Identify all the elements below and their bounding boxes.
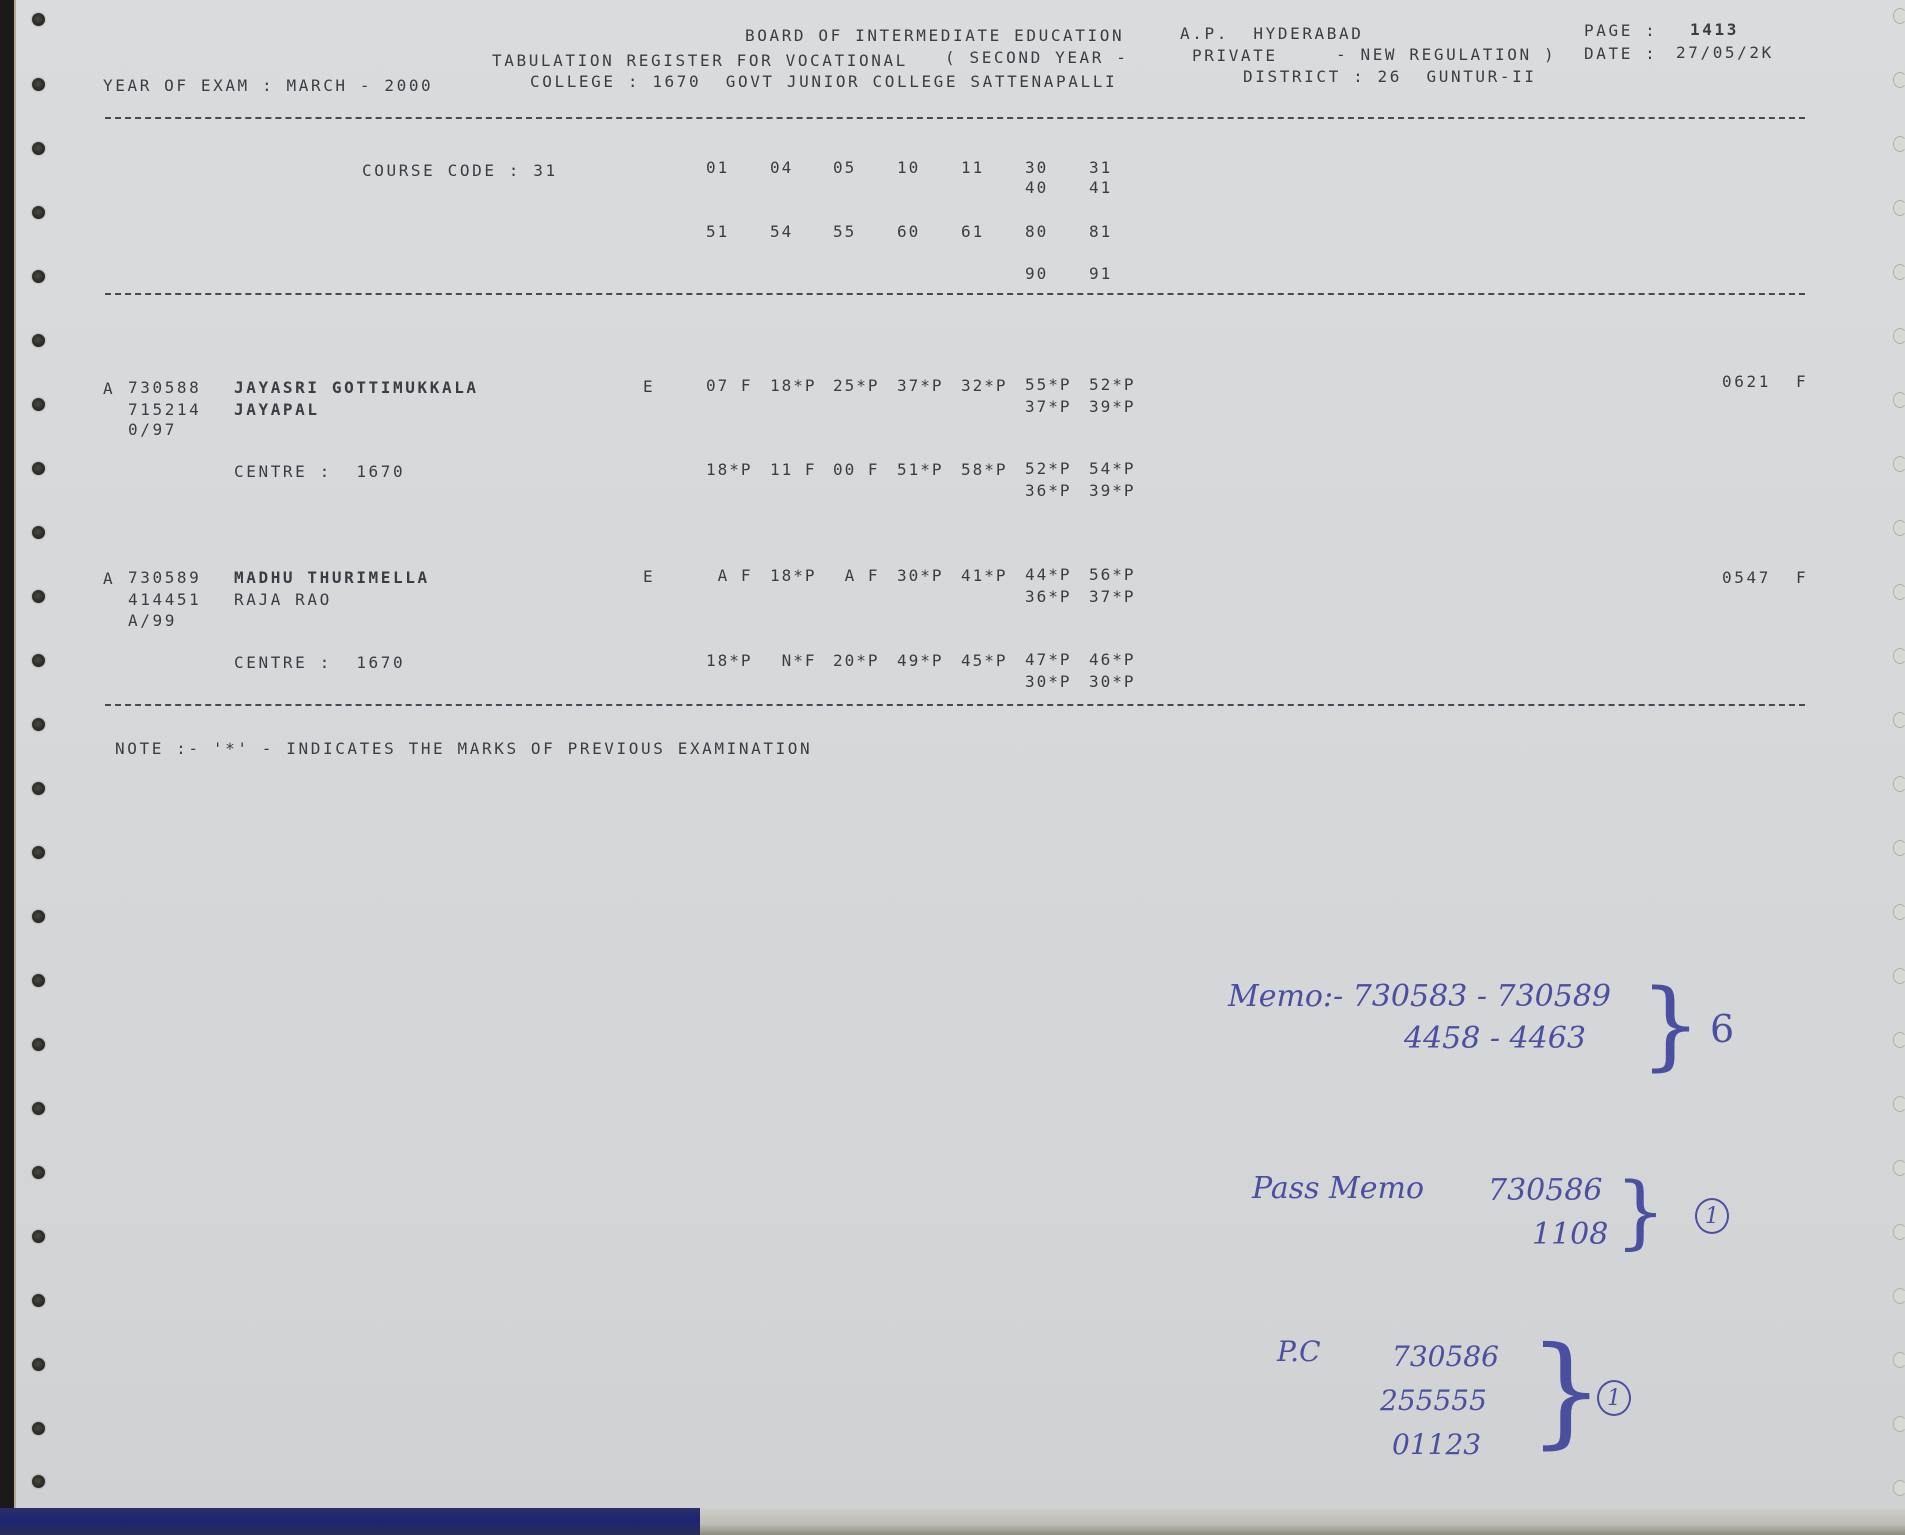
candidate-type: PRIVATE (1192, 47, 1278, 65)
subject-code: 41 (1089, 178, 1112, 197)
subject-mark: 47*P (1025, 650, 1072, 669)
subject-code: 90 (1025, 264, 1048, 283)
subject-mark: 30*P (1089, 672, 1136, 691)
feed-hole (32, 398, 45, 411)
subject-code: 04 (770, 158, 793, 177)
feed-hole (32, 334, 45, 347)
result-status: F (1796, 569, 1808, 587)
result-status: F (1796, 373, 1808, 391)
subject-mark: 00 F (833, 460, 880, 479)
separator-line (105, 117, 1805, 119)
subject-code: 81 (1089, 222, 1112, 241)
state-city: A.P. HYDERABAD (1180, 25, 1364, 43)
subject-mark: 36*P (1025, 587, 1072, 606)
feed-hole (1893, 968, 1905, 984)
feed-hole (1893, 1416, 1905, 1432)
centre-code: CENTRE : 1670 (234, 463, 405, 481)
subject-code: 31 (1089, 158, 1112, 177)
subject-mark: 30*P (1025, 672, 1072, 691)
feed-hole (32, 1038, 45, 1051)
feed-hole (32, 1358, 45, 1371)
subject-code: 55 (833, 222, 856, 241)
total-marks: 0547 (1722, 569, 1771, 587)
feed-hole (32, 846, 45, 859)
feed-hole (1893, 712, 1905, 728)
subject-mark: A F (833, 566, 880, 585)
subject-mark: 39*P (1089, 481, 1136, 500)
subject-mark: 18*P (770, 566, 817, 585)
subject-mark: 52*P (1025, 459, 1072, 478)
feed-hole (32, 13, 45, 26)
feed-hole (32, 782, 45, 795)
subject-mark: 07 F (706, 376, 753, 395)
memo-range: Memo:- 730583 - 730589 (1228, 980, 1611, 1014)
separator-line (105, 704, 1805, 706)
feed-hole (1893, 1032, 1905, 1048)
subject-mark: 18*P (706, 460, 753, 479)
feed-hole (1893, 840, 1905, 856)
pc-line-2: 255555 (1380, 1384, 1487, 1418)
feed-hole (1893, 584, 1905, 600)
feed-hole (1893, 776, 1905, 792)
feed-hole (32, 1102, 45, 1115)
pass-memo-label: Pass Memo (1252, 1172, 1424, 1206)
second-id: 414451 (128, 591, 201, 609)
separator-line (105, 293, 1805, 295)
hall-ticket-number: 730588 (128, 379, 201, 397)
subject-code: 11 (961, 158, 984, 177)
student-name: JAYASRI GOTTIMUKKALA (234, 379, 479, 397)
brace-icon: } (1528, 1330, 1604, 1454)
feed-hole (32, 462, 45, 475)
pc-label: P.C (1277, 1335, 1321, 1369)
subject-mark: 18*P (706, 651, 753, 670)
feed-hole (1893, 136, 1905, 152)
subject-code: 54 (770, 222, 793, 241)
regulation: - NEW REGULATION ) (1336, 46, 1556, 64)
feed-hole (1893, 904, 1905, 920)
underlying-sheet-edge (700, 1508, 1905, 1535)
subject-mark: 30*P (897, 566, 944, 585)
feed-hole (1893, 1352, 1905, 1368)
father-name: RAJA RAO (234, 591, 332, 609)
pass-memo-number: 730586 (1488, 1174, 1603, 1208)
subject-code: 91 (1089, 264, 1112, 283)
previous-reference: 0/97 (128, 421, 177, 439)
total-marks: 0621 (1722, 373, 1771, 391)
circled-count-icon: 1 (1695, 1198, 1729, 1234)
feed-hole (1893, 1288, 1905, 1304)
page-number: 1413 (1690, 21, 1739, 39)
subject-mark: 45*P (961, 651, 1008, 670)
year-of-exam: YEAR OF EXAM : MARCH - 2000 (103, 77, 433, 95)
feed-hole (1893, 520, 1905, 536)
feed-hole (1893, 72, 1905, 88)
subject-code: 80 (1025, 222, 1048, 241)
feed-hole (1893, 264, 1905, 280)
feed-hole (1893, 8, 1905, 24)
previous-reference: A/99 (128, 612, 177, 630)
subject-code: 51 (706, 222, 729, 241)
desk-surface (0, 1508, 1905, 1535)
feed-hole (32, 526, 45, 539)
subject-code: 01 (706, 158, 729, 177)
feed-hole (32, 78, 45, 91)
feed-hole (32, 1230, 45, 1243)
subject-mark: N*F (770, 651, 817, 670)
subject-mark: A F (706, 566, 753, 585)
page-label: PAGE : (1584, 22, 1657, 40)
district-info: DISTRICT : 26 GUNTUR-II (1243, 68, 1537, 86)
college-info: COLLEGE : 1670 GOVT JUNIOR COLLEGE SATTE… (530, 73, 1117, 91)
subject-mark: 58*P (961, 460, 1008, 479)
memo-serial-range: 4458 - 4463 (1404, 1022, 1586, 1056)
feed-hole (32, 142, 45, 155)
subject-mark: 25*P (833, 376, 880, 395)
feed-hole (32, 718, 45, 731)
medium: E (643, 568, 655, 586)
feed-hole (32, 910, 45, 923)
subject-code: 60 (897, 222, 920, 241)
subject-mark: 37*P (897, 376, 944, 395)
second-id: 715214 (128, 401, 201, 419)
feed-hole (32, 1422, 45, 1435)
feed-hole (1893, 456, 1905, 472)
student-name: MADHU THURIMELLA (234, 569, 430, 587)
subject-mark: 20*P (833, 651, 880, 670)
year-type: ( SECOND YEAR - (945, 49, 1129, 67)
subject-code: 05 (833, 158, 856, 177)
subject-code: 61 (961, 222, 984, 241)
feed-hole (1893, 1224, 1905, 1240)
feed-hole (1893, 1096, 1905, 1112)
hall-ticket-number: 730589 (128, 569, 201, 587)
feed-hole (32, 654, 45, 667)
feed-hole (32, 590, 45, 603)
feed-hole (1893, 328, 1905, 344)
feed-hole (1893, 1480, 1905, 1496)
date-label: DATE : (1584, 45, 1657, 63)
feed-hole (1893, 648, 1905, 664)
subject-mark: 32*P (961, 376, 1008, 395)
centre-code: CENTRE : 1670 (234, 654, 405, 672)
medium: E (643, 378, 655, 396)
subject-mark: 56*P (1089, 565, 1136, 584)
feed-hole (32, 1475, 45, 1488)
feed-hole (32, 270, 45, 283)
feed-hole (1893, 1160, 1905, 1176)
feed-hole (32, 1294, 45, 1307)
circled-count-icon: 1 (1597, 1380, 1631, 1416)
brace-icon: } (1615, 1170, 1666, 1254)
subject-mark: 11 F (770, 460, 817, 479)
subject-mark: 37*P (1089, 587, 1136, 606)
subject-code: 40 (1025, 178, 1048, 197)
subject-mark: 39*P (1089, 397, 1136, 416)
subject-mark: 44*P (1025, 565, 1072, 584)
pass-memo-serial: 1108 (1532, 1218, 1608, 1252)
feed-hole (32, 974, 45, 987)
subject-mark: 37*P (1025, 397, 1072, 416)
record-prefix: A (103, 380, 115, 398)
subject-mark: 46*P (1089, 650, 1136, 669)
pc-line-3: 01123 (1392, 1428, 1481, 1462)
register-title: TABULATION REGISTER FOR VOCATIONAL (492, 52, 908, 70)
feed-hole (32, 1166, 45, 1179)
subject-mark: 49*P (897, 651, 944, 670)
feed-hole (32, 206, 45, 219)
subject-mark: 51*P (897, 460, 944, 479)
subject-mark: 36*P (1025, 481, 1072, 500)
subject-mark: 55*P (1025, 375, 1072, 394)
subject-code: 30 (1025, 158, 1048, 177)
board-title: BOARD OF INTERMEDIATE EDUCATION (745, 27, 1124, 45)
pc-number: 730586 (1392, 1340, 1499, 1374)
subject-code: 10 (897, 158, 920, 177)
feed-hole (1893, 392, 1905, 408)
footnote: NOTE :- '*' - INDICATES THE MARKS OF PRE… (115, 740, 812, 758)
subject-mark: 18*P (770, 376, 817, 395)
date-value: 27/05/2K (1676, 44, 1774, 62)
feed-hole (1893, 200, 1905, 216)
father-name: JAYAPAL (234, 401, 320, 419)
subject-mark: 54*P (1089, 459, 1136, 478)
memo-count: 6 (1710, 1012, 1734, 1046)
subject-mark: 41*P (961, 566, 1008, 585)
record-prefix: A (103, 570, 115, 588)
subject-mark: 52*P (1089, 375, 1136, 394)
brace-icon: } (1640, 975, 1701, 1075)
course-code-label: COURSE CODE : 31 (362, 162, 558, 180)
